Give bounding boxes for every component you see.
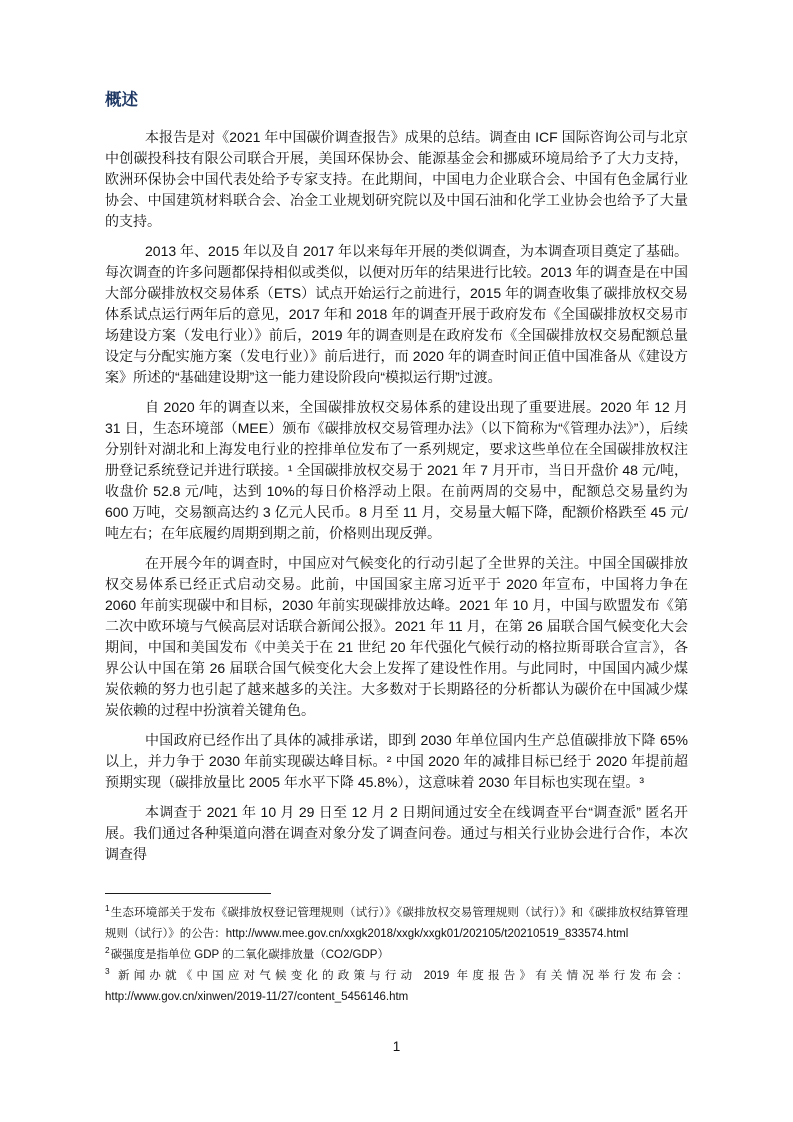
page-content: 概述 本报告是对《2021 年中国碳价调查报告》成果的总结。调查由 ICF 国际… xyxy=(105,88,688,874)
footnote-1-marker: 1 xyxy=(105,904,110,913)
footnote-2-text: 碳强度是指单位 GDP 的二氧化碳排放量（CO2/GDP） xyxy=(111,949,389,961)
body-paragraph-5: 中国政府已经作出了具体的减排承诺，即到 2030 年单位国内生产总值碳排放下降 … xyxy=(105,730,688,793)
body-paragraph-4: 在开展今年的调查时，中国应对气候变化的行动引起了全世界的关注。中国全国碳排放权交… xyxy=(105,553,688,721)
section-heading: 概述 xyxy=(105,88,688,112)
footnote-1-text: 生态环境部关于发布《碳排放权登记管理规则（试行）》《碳排放权交易管理规则（试行）… xyxy=(105,907,688,940)
body-paragraph-1: 本报告是对《2021 年中国碳价调查报告》成果的总结。调查由 ICF 国际咨询公… xyxy=(105,127,688,232)
footnotes-section: 1生态环境部关于发布《碳排放权登记管理规则（试行）》《碳排放权交易管理规则（试行… xyxy=(105,893,688,1008)
footnote-3-marker: 3 xyxy=(105,967,110,976)
footnote-1: 1生态环境部关于发布《碳排放权登记管理规则（试行）》《碳排放权交易管理规则（试行… xyxy=(105,903,688,945)
document-page: 概述 本报告是对《2021 年中国碳价调查报告》成果的总结。调查由 ICF 国际… xyxy=(0,0,793,1122)
page-number: 1 xyxy=(105,1039,688,1054)
footnote-2: 2碳强度是指单位 GDP 的二氧化碳排放量（CO2/GDP） xyxy=(105,945,688,966)
footnote-3-text: 新闻办就《中国应对气候变化的政策与行动 2019 年度报告》有关情况举行发布会：… xyxy=(105,970,688,1003)
footnote-separator xyxy=(105,893,271,894)
body-paragraph-2: 2013 年、2015 年以及自 2017 年以来每年开展的类似调查，为本调查项… xyxy=(105,241,688,388)
body-paragraph-6: 本调查于 2021 年 10 月 29 日至 12 月 2 日期间通过安全在线调… xyxy=(105,802,688,865)
footnote-3: 3 新闻办就《中国应对气候变化的政策与行动 2019 年度报告》有关情况举行发布… xyxy=(105,966,688,1008)
footnote-2-marker: 2 xyxy=(105,946,110,955)
body-paragraph-3: 自 2020 年的调查以来，全国碳排放权交易体系的建设出现了重要进展。2020 … xyxy=(105,397,688,544)
